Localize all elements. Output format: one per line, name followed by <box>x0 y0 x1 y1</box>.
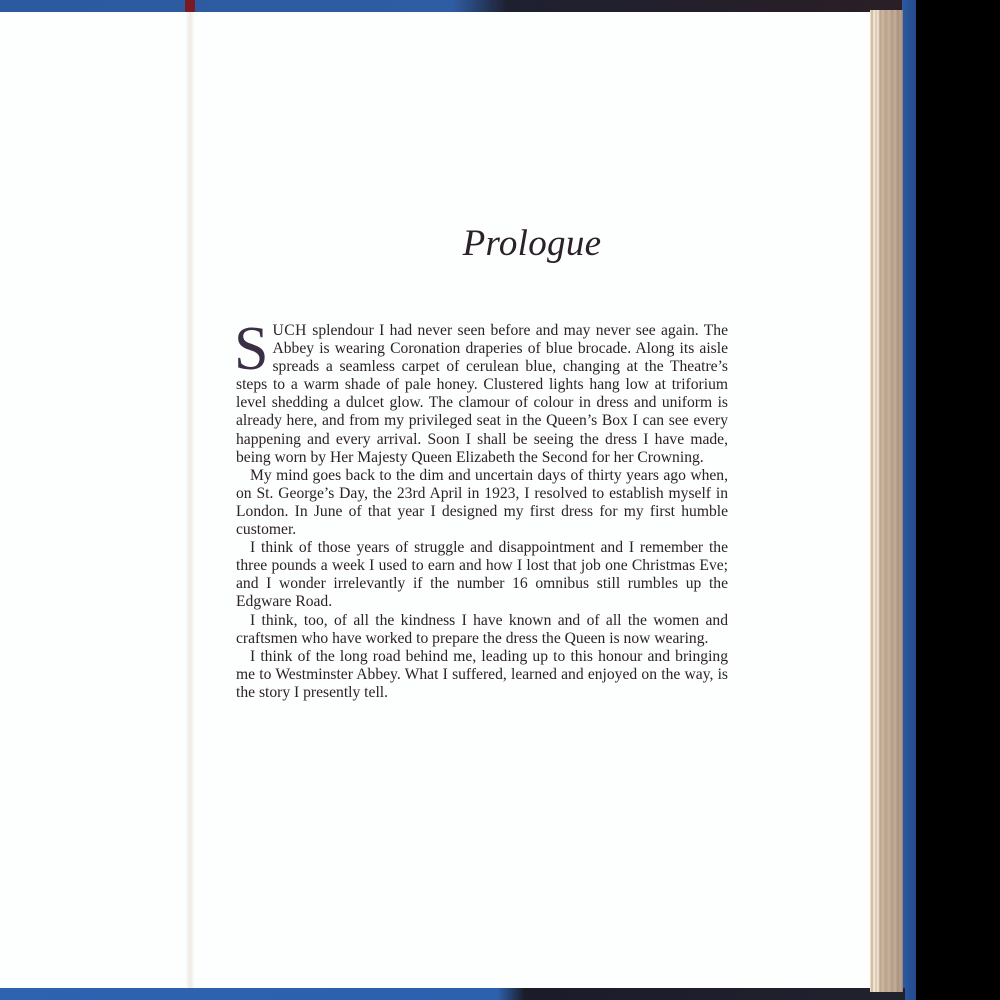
paragraph-5: I think of the long road behind me, lead… <box>236 648 728 702</box>
paragraph-4: I think, too, of all the kindness I have… <box>236 612 728 648</box>
page-title: Prologue <box>194 222 870 265</box>
book-cover-top-edge <box>0 0 905 12</box>
spine-headband <box>185 0 195 12</box>
prologue-body: SUCH splendour I had never seen before a… <box>236 322 728 702</box>
first-word-caps: UCH <box>272 322 306 339</box>
paragraph-2: My mind goes back to the dim and uncerta… <box>236 467 728 539</box>
left-page-blank <box>0 12 190 988</box>
book-cover-right-edge <box>902 0 916 1000</box>
drop-cap-letter: S <box>234 326 268 376</box>
paragraph-3: I think of those years of struggle and d… <box>236 539 728 611</box>
paragraph-1: SUCH splendour I had never seen before a… <box>236 322 728 467</box>
book-cover-bottom-edge <box>0 988 905 1000</box>
paragraph-1-text: splendour I had never seen before and ma… <box>236 322 728 466</box>
page-edges-stack <box>870 10 903 992</box>
